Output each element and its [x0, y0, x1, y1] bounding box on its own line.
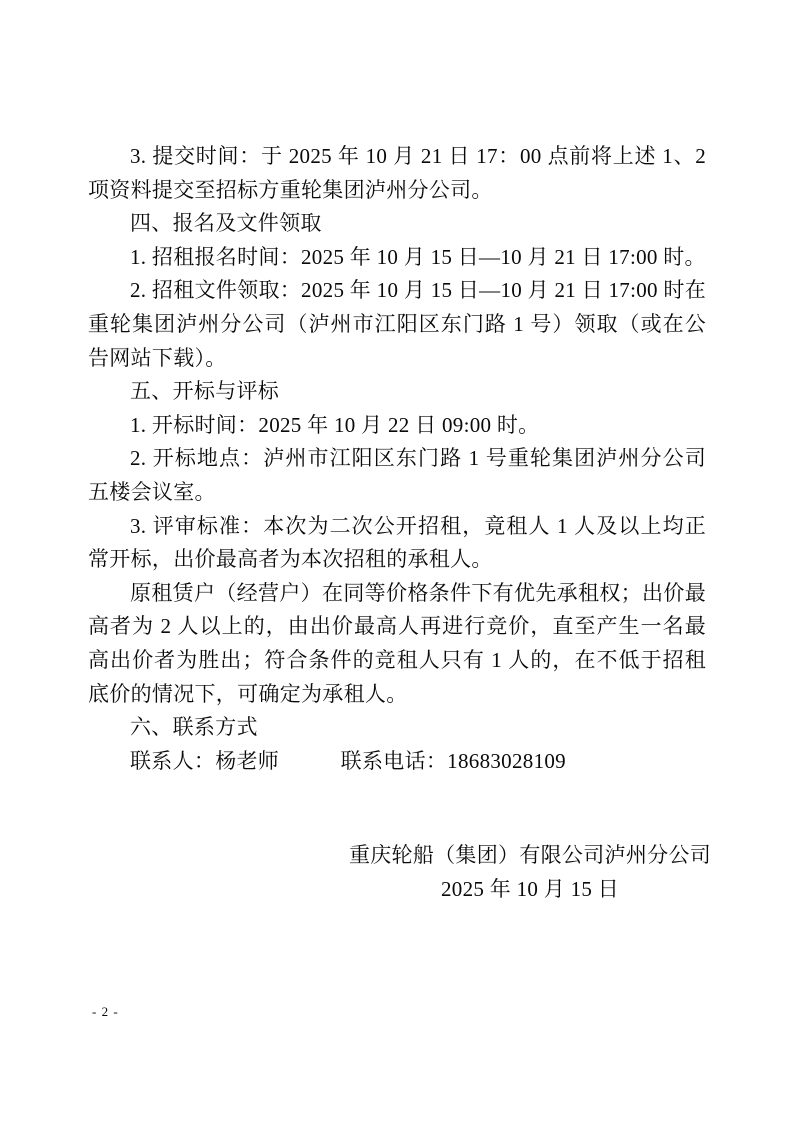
paragraph-signup-time: 1. 招租报名时间：2025 年 10 月 15 日—10 月 21 日 17:… — [88, 241, 706, 275]
page-number: - 2 - — [92, 1004, 119, 1020]
contact-phone: 联系电话：18683028109 — [341, 749, 566, 773]
paragraph-open-time: 1. 开标时间：2025 年 10 月 22 日 09:00 时。 — [88, 409, 706, 443]
paragraph-review-standard: 3. 评审标准：本次为二次公开招租，竟租人 1 人及以上均正常开标，出价最高者为… — [88, 510, 706, 577]
paragraph-submit-time: 3. 提交时间：于 2025 年 10 月 21 日 17：00 点前将上述 1… — [88, 140, 706, 207]
document-body: 3. 提交时间：于 2025 年 10 月 21 日 17：00 点前将上述 1… — [88, 140, 706, 778]
section-heading-signup: 四、报名及文件领取 — [88, 207, 706, 241]
paragraph-doc-pickup: 2. 招租文件领取：2025 年 10 月 15 日—10 月 21 日 17:… — [88, 274, 706, 375]
signature-company: 重庆轮船（集团）有限公司泸州分公司 — [330, 838, 730, 872]
paragraph-open-place: 2. 开标地点：泸州市江阳区东门路 1 号重轮集团泸州分公司五楼会议室。 — [88, 442, 706, 509]
section-heading-contact: 六、联系方式 — [88, 711, 706, 745]
paragraph-priority-rule: 原租赁户（经营户）在同等价格条件下有优先承租权；出价最高者为 2 人以上的，由出… — [88, 577, 706, 711]
signature-date: 2025 年 10 月 15 日 — [330, 872, 730, 906]
contact-person: 联系人：杨老师 — [130, 749, 279, 773]
section-heading-bid-opening: 五、开标与评标 — [88, 375, 706, 409]
document-page: 3. 提交时间：于 2025 年 10 月 21 日 17：00 点前将上述 1… — [0, 0, 793, 1122]
signature-block: 重庆轮船（集团）有限公司泸州分公司 2025 年 10 月 15 日 — [330, 838, 730, 906]
contact-line: 联系人：杨老师 联系电话：18683028109 — [88, 745, 706, 779]
